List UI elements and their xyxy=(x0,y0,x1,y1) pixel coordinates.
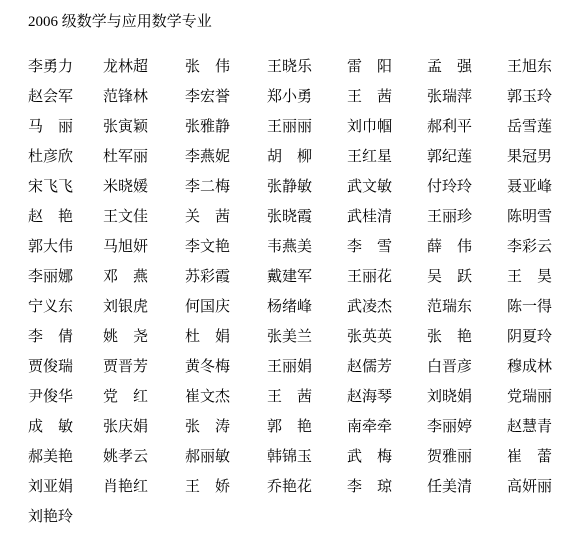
student-name: 张美兰 xyxy=(267,322,347,352)
student-name: 戴建军 xyxy=(267,262,347,292)
student-name: 郝丽敏 xyxy=(185,442,267,472)
student-name: 郝利平 xyxy=(427,112,507,142)
student-name: 苏彩霞 xyxy=(185,262,267,292)
roster-row: 杜彦欣杜军丽李燕妮胡 柳王红星郭纪莲果冠男 xyxy=(28,142,580,172)
student-name: 郭 艳 xyxy=(267,412,347,442)
student-name: 张庆娟 xyxy=(103,412,185,442)
student-name: 武桂清 xyxy=(347,202,427,232)
roster-row: 李 倩姚 尧杜 娟张美兰张英英张 艳阴夏玲 xyxy=(28,322,580,352)
student-name: 张雅静 xyxy=(185,112,267,142)
student-name: 李 雪 xyxy=(347,232,427,262)
student-name: 雷 阳 xyxy=(347,52,427,82)
student-name: 王晓乐 xyxy=(267,52,347,82)
student-name: 刘亚娟 xyxy=(28,472,103,502)
student-name: 张寅颖 xyxy=(103,112,185,142)
student-name: 刘晓娟 xyxy=(427,382,507,412)
student-name: 李 倩 xyxy=(28,322,103,352)
roster-row: 李勇力龙林超张 伟王晓乐雷 阳孟 强王旭东 xyxy=(28,52,580,82)
student-name: 张静敏 xyxy=(267,172,347,202)
student-name: 贾俊瑞 xyxy=(28,352,103,382)
student-name: 贾晋芳 xyxy=(103,352,185,382)
student-name: 张晓霞 xyxy=(267,202,347,232)
student-name: 郭玉玲 xyxy=(507,82,580,112)
student-name: 任美清 xyxy=(427,472,507,502)
student-name: 米晓媛 xyxy=(103,172,185,202)
student-name: 宋飞飞 xyxy=(28,172,103,202)
student-name: 杜彦欣 xyxy=(28,142,103,172)
student-name: 王 茜 xyxy=(347,82,427,112)
student-name: 王丽丽 xyxy=(267,112,347,142)
student-name: 吴 跃 xyxy=(427,262,507,292)
student-name: 姚孝云 xyxy=(103,442,185,472)
roster-row: 郭大伟马旭妍李文艳韦燕美李 雪薛 伟李彩云 xyxy=(28,232,580,262)
roster-row: 贾俊瑞贾晋芳黄冬梅王丽娟赵儒芳白晋彦穆成林 xyxy=(28,352,580,382)
student-name: 赵慧青 xyxy=(507,412,580,442)
student-name: 韩锦玉 xyxy=(267,442,347,472)
student-name: 阴夏玲 xyxy=(507,322,580,352)
student-name: 郭纪莲 xyxy=(427,142,507,172)
student-name: 姚 尧 xyxy=(103,322,185,352)
student-name: 黄冬梅 xyxy=(185,352,267,382)
student-name: 崔文杰 xyxy=(185,382,267,412)
student-name: 岳雪莲 xyxy=(507,112,580,142)
student-name: 何国庆 xyxy=(185,292,267,322)
roster-row: 宋飞飞米晓媛李二梅张静敏武文敏付玲玲聂亚峰 xyxy=(28,172,580,202)
student-name: 杨绪峰 xyxy=(267,292,347,322)
page-title: 2006 级数学与应用数学专业 xyxy=(28,12,580,32)
student-name: 郝美艳 xyxy=(28,442,103,472)
student-name: 王 茜 xyxy=(267,382,347,412)
student-name: 范锋林 xyxy=(103,82,185,112)
student-name: 王丽珍 xyxy=(427,202,507,232)
student-name: 乔艳花 xyxy=(267,472,347,502)
student-name: 孟 强 xyxy=(427,52,507,82)
student-name: 赵 艳 xyxy=(28,202,103,232)
student-name: 韦燕美 xyxy=(267,232,347,262)
student-name: 武文敏 xyxy=(347,172,427,202)
student-name: 王红星 xyxy=(347,142,427,172)
student-name: 武 梅 xyxy=(347,442,427,472)
student-name: 陈明雪 xyxy=(507,202,580,232)
student-name: 成 敏 xyxy=(28,412,103,442)
student-name: 杜 娟 xyxy=(185,322,267,352)
student-name: 杜军丽 xyxy=(103,142,185,172)
student-name: 张 艳 xyxy=(427,322,507,352)
student-name: 龙林超 xyxy=(103,52,185,82)
student-name: 王旭东 xyxy=(507,52,580,82)
student-name: 李二梅 xyxy=(185,172,267,202)
student-name: 李勇力 xyxy=(28,52,103,82)
student-name: 薛 伟 xyxy=(427,232,507,262)
student-name: 赵儒芳 xyxy=(347,352,427,382)
student-name: 张 伟 xyxy=(185,52,267,82)
student-name: 李彩云 xyxy=(507,232,580,262)
student-name: 马旭妍 xyxy=(103,232,185,262)
student-name: 肖艳红 xyxy=(103,472,185,502)
student-name: 李宏誉 xyxy=(185,82,267,112)
student-name: 胡 柳 xyxy=(267,142,347,172)
student-name: 聂亚峰 xyxy=(507,172,580,202)
student-name: 陈一得 xyxy=(507,292,580,322)
student-name: 刘艳玲 xyxy=(28,502,103,532)
student-name: 赵海琴 xyxy=(347,382,427,412)
student-name: 张瑞萍 xyxy=(427,82,507,112)
student-name: 高妍丽 xyxy=(507,472,580,502)
student-name: 李 琼 xyxy=(347,472,427,502)
student-name: 王丽娟 xyxy=(267,352,347,382)
student-name: 邓 燕 xyxy=(103,262,185,292)
roster-row: 宁义东刘银虎何国庆杨绪峰武凌杰范瑞东陈一得 xyxy=(28,292,580,322)
student-name: 党 红 xyxy=(103,382,185,412)
student-name: 张英英 xyxy=(347,322,427,352)
student-name: 李丽娜 xyxy=(28,262,103,292)
student-name: 李文艳 xyxy=(185,232,267,262)
student-name: 武凌杰 xyxy=(347,292,427,322)
roster-row: 刘艳玲 xyxy=(28,502,580,532)
student-name: 刘巾帼 xyxy=(347,112,427,142)
student-name: 郭大伟 xyxy=(28,232,103,262)
student-name: 张 涛 xyxy=(185,412,267,442)
student-name: 李燕妮 xyxy=(185,142,267,172)
name-grid: 李勇力龙林超张 伟王晓乐雷 阳孟 强王旭东赵会军范锋林李宏誉郑小勇王 茜张瑞萍郭… xyxy=(28,52,580,532)
document-page: 2006 级数学与应用数学专业 李勇力龙林超张 伟王晓乐雷 阳孟 强王旭东赵会军… xyxy=(0,0,580,548)
roster-row: 刘亚娟肖艳红王 娇乔艳花李 琼任美清高妍丽 xyxy=(28,472,580,502)
student-name: 郑小勇 xyxy=(267,82,347,112)
student-name: 尹俊华 xyxy=(28,382,103,412)
student-name: 贺雅丽 xyxy=(427,442,507,472)
student-name: 白晋彦 xyxy=(427,352,507,382)
student-name: 穆成林 xyxy=(507,352,580,382)
student-name: 马 丽 xyxy=(28,112,103,142)
student-name: 宁义东 xyxy=(28,292,103,322)
student-name: 王丽花 xyxy=(347,262,427,292)
roster-row: 赵会军范锋林李宏誉郑小勇王 茜张瑞萍郭玉玲 xyxy=(28,82,580,112)
roster-row: 成 敏张庆娟张 涛郭 艳南牵牵李丽婷赵慧青 xyxy=(28,412,580,442)
student-name: 党瑞丽 xyxy=(507,382,580,412)
student-name: 果冠男 xyxy=(507,142,580,172)
student-name: 王 昊 xyxy=(507,262,580,292)
student-name: 刘银虎 xyxy=(103,292,185,322)
roster-row: 郝美艳姚孝云郝丽敏韩锦玉武 梅贺雅丽崔 蕾 xyxy=(28,442,580,472)
student-name: 范瑞东 xyxy=(427,292,507,322)
roster-row: 赵 艳王文佳关 茜张晓霞武桂清王丽珍陈明雪 xyxy=(28,202,580,232)
student-name: 崔 蕾 xyxy=(507,442,580,472)
student-name: 赵会军 xyxy=(28,82,103,112)
student-name: 付玲玲 xyxy=(427,172,507,202)
student-name: 关 茜 xyxy=(185,202,267,232)
student-name: 王 娇 xyxy=(185,472,267,502)
student-name: 王文佳 xyxy=(103,202,185,232)
student-name: 李丽婷 xyxy=(427,412,507,442)
roster-row: 尹俊华党 红崔文杰王 茜赵海琴刘晓娟党瑞丽 xyxy=(28,382,580,412)
roster-row: 马 丽张寅颖张雅静王丽丽刘巾帼郝利平岳雪莲 xyxy=(28,112,580,142)
roster-row: 李丽娜邓 燕苏彩霞戴建军王丽花吴 跃王 昊 xyxy=(28,262,580,292)
student-name: 南牵牵 xyxy=(347,412,427,442)
